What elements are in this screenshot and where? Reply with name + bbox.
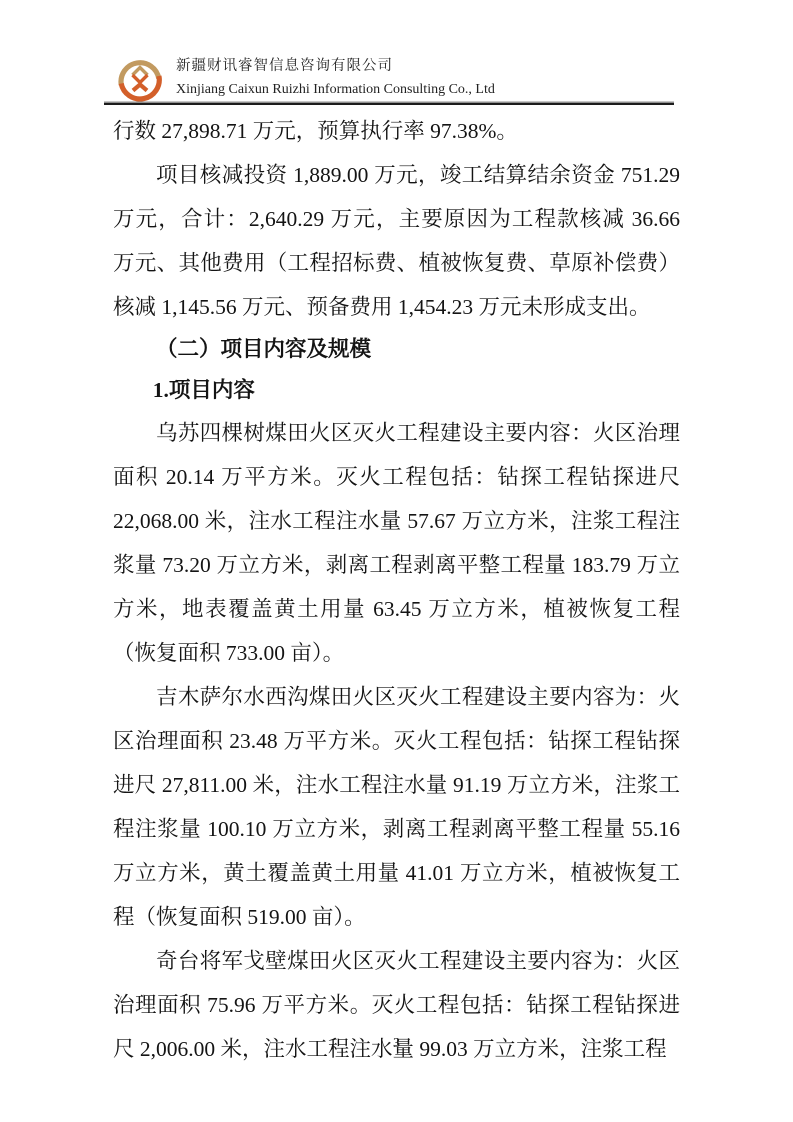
letterhead-divider bbox=[104, 103, 674, 105]
document-page: 新疆财讯睿智信息咨询有限公司 Xinjiang Caixun Ruizhi In… bbox=[0, 0, 793, 1122]
document-body: 行数 27,898.71 万元，预算执行率 97.38%。 项目核减投资 1,8… bbox=[113, 109, 680, 1071]
company-name-english: Xinjiang Caixun Ruizhi Information Consu… bbox=[176, 80, 495, 100]
sub-heading: 1.项目内容 bbox=[113, 370, 680, 411]
company-logo-icon bbox=[116, 55, 164, 105]
body-paragraph: 乌苏四棵树煤田火区灭火工程建设主要内容：火区治理面积 20.14 万平方米。灭火… bbox=[113, 411, 680, 675]
page-number: 3 bbox=[0, 1036, 793, 1052]
body-paragraph: 项目核减投资 1,889.00 万元，竣工结算结余资金 751.29 万元，合计… bbox=[113, 153, 680, 329]
company-name-chinese: 新疆财讯睿智信息咨询有限公司 bbox=[176, 56, 495, 76]
body-paragraph: 行数 27,898.71 万元，预算执行率 97.38%。 bbox=[113, 109, 680, 153]
company-name-block: 新疆财讯睿智信息咨询有限公司 Xinjiang Caixun Ruizhi In… bbox=[176, 56, 495, 100]
body-paragraph: 吉木萨尔水西沟煤田火区灭火工程建设主要内容为：火区治理面积 23.48 万平方米… bbox=[113, 675, 680, 939]
section-heading: （二）项目内容及规模 bbox=[113, 329, 680, 370]
